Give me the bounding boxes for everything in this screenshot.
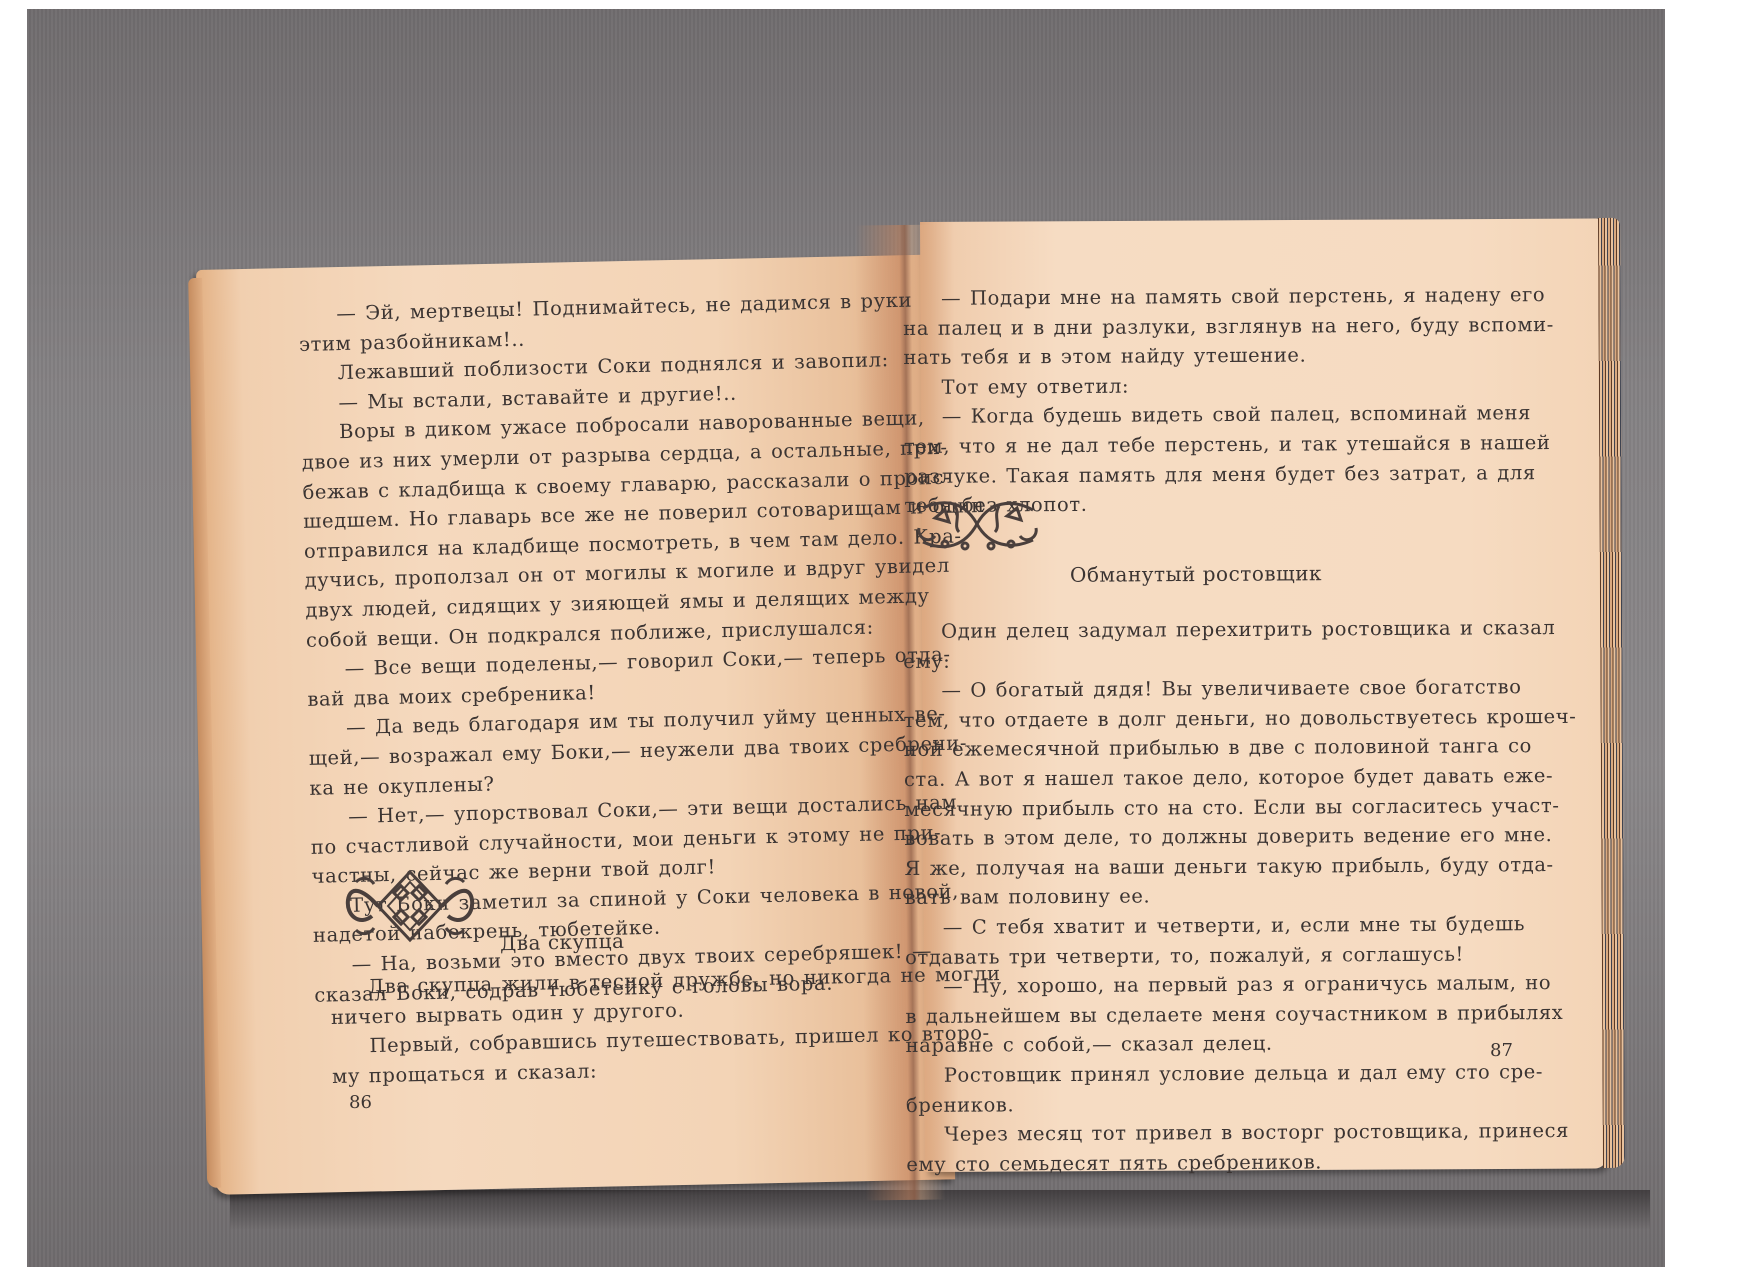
story-title-two-misers: Два скупца <box>500 929 625 956</box>
right-page-text-bottom: Один делец задумал перехитрить ростовщик… <box>903 614 1434 1179</box>
left-page-text-bottom: Два скупца жили в тесной дружбе, но нико… <box>330 961 890 1091</box>
text-line: — О богатый дядя! Вы увеличиваете свое б… <box>903 673 1431 706</box>
text-line: Ростовщик принял условие дельца и дал ем… <box>906 1058 1434 1091</box>
text-line: разлуке. Такая память для меня будет без… <box>904 458 1432 491</box>
text-line: отдавать три четверти, то, пожалуй, я со… <box>905 939 1433 972</box>
open-book: — Эй, мертвецы! Поднимайтесь, не дадимся… <box>0 0 1755 1276</box>
text-line: ему: <box>903 643 1431 676</box>
text-line: месячную прибыль сто на сто. Если вы сог… <box>904 791 1432 824</box>
text-line: в дальнейшем вы сделаете меня соучастник… <box>905 998 1433 1031</box>
text-line: наравне с собой,— сказал делец. <box>906 1028 1434 1061</box>
text-line: Один делец задумал перехитрить ростовщик… <box>903 614 1431 647</box>
text-line: вать вам половину ее. <box>905 880 1433 913</box>
text-line: бреников. <box>906 1087 1434 1120</box>
text-line: тем, что я не дал тебе перстень, и так у… <box>904 429 1432 462</box>
page-number-left: 86 <box>349 1092 372 1113</box>
text-line: Тот ему ответил: <box>904 370 1432 403</box>
ornament-arabesque-icon <box>915 494 1040 556</box>
text-line: ной ежемесячной прибылью в две с половин… <box>904 732 1432 765</box>
text-line: — С тебя хватит и четверти, и, если мне … <box>905 910 1433 943</box>
page-number-right: 87 <box>1490 1040 1513 1061</box>
text-line: Через месяц тот привел в восторг ростовщ… <box>906 1117 1434 1150</box>
text-line: ему сто семьдесят пять сребреников. <box>906 1146 1434 1179</box>
text-line: ста. А вот я нашел такое дело, которое б… <box>904 762 1432 795</box>
text-line: — Ну, хорошо, на первый раз я ограничусь… <box>905 969 1433 1002</box>
text-line: вовать в этом деле, то должны доверить в… <box>904 821 1432 854</box>
story-title-deceived-usurer: Обманутый ростовщик <box>1070 561 1322 587</box>
text-line: тем, что отдаете в долг деньги, но довол… <box>904 703 1432 736</box>
text-line: — Подари мне на память свой перстень, я … <box>903 281 1431 314</box>
ornament-diamond-icon <box>342 868 478 944</box>
text-line: на палец и в дни разлуки, взглянув на не… <box>903 310 1431 343</box>
page-edges <box>1598 218 1625 1168</box>
text-line: Я же, получая на ваши деньги такую прибы… <box>904 851 1432 884</box>
right-page-text-top: — Подари мне на память свой перстень, я … <box>903 281 1432 521</box>
text-line: нать тебя и в этом найду утешение. <box>903 340 1431 373</box>
text-line: — Когда будешь видеть свой палец, вспоми… <box>904 399 1432 432</box>
